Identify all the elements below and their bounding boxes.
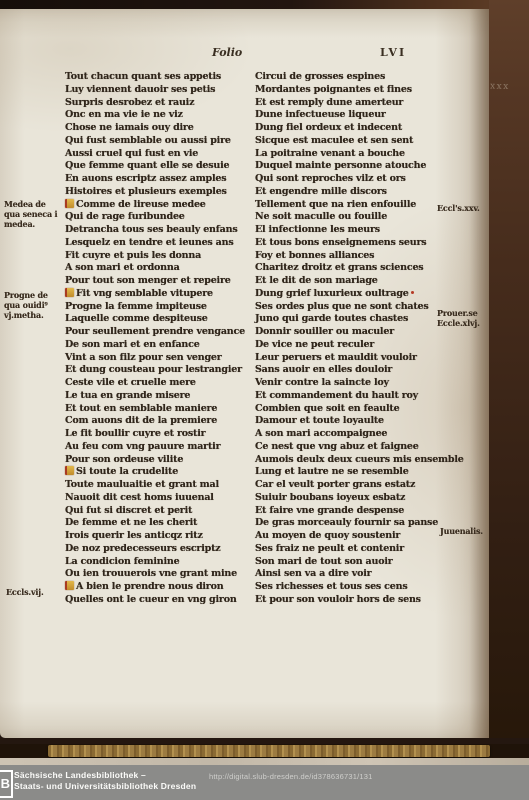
text-line: Et le dit de son mariage	[255, 275, 445, 288]
text-line: Vint a son filz pour sen venger	[65, 352, 249, 365]
text-line: Ne soit maculle ou fouille	[255, 211, 445, 224]
text-line: Dung fiel ordeux et indecent	[255, 122, 445, 135]
text-line: Laquelle comme despiteuse	[65, 313, 249, 326]
text-line: Dune infectueuse liqueur	[255, 109, 445, 122]
illuminated-paragraph-mark-icon	[65, 581, 74, 590]
text-line: De vice ne peut reculer	[255, 339, 445, 352]
text-line: Pour tout son menger et repeire	[65, 275, 249, 288]
text-line: Si toute la crudelite	[65, 466, 249, 479]
library-name-line2: Staats- und Universitätsbibliothek Dresd…	[14, 781, 196, 791]
text-line: Detrancha tous ses beauly enfans	[65, 224, 249, 237]
text-line: Et faire vne grande despense	[255, 505, 445, 518]
text-line: Ses ordes plus que ne sont chates	[255, 301, 445, 314]
text-line: Qui fut si discret et perit	[65, 505, 249, 518]
text-line: Juuenalis.	[440, 526, 500, 536]
text-line: Circui de grosses espines	[255, 71, 445, 84]
text-line: Fit cuyre et puis les donna	[65, 250, 249, 263]
text-line: Que femme quant elle se desuie	[65, 160, 249, 173]
text-line: Ses fraiz ne peult et contenir	[255, 543, 445, 556]
text-line: Au moyen de quoy soustenir	[255, 530, 445, 543]
manuscript-page: Folio LVI Tout chacun quant ses appetisL…	[0, 9, 489, 738]
margin-note-proverbs-ecclesiasticus: Prouer.seEccle.xlvj.	[437, 308, 497, 328]
text-line: Pour son ordeuse vilite	[65, 454, 249, 467]
book-bottom-edge	[0, 744, 529, 758]
folio-label: Folio	[212, 46, 242, 59]
text-line: qua ouidi⁹	[4, 300, 62, 310]
text-line: Le fit boullir cuyre et rostir	[65, 428, 249, 441]
text-line: Irois querir les anticqz ritz	[65, 530, 249, 543]
left-text-column: Tout chacun quant ses appetisLuy viennen…	[65, 71, 249, 607]
text-line: Eccl's.xxv.	[437, 203, 497, 213]
text-line: Medea de	[4, 199, 62, 209]
text-line: Et pour son vouloir hors de sens	[255, 594, 445, 607]
text-line: Ce nest que vng abuz et faignee	[255, 441, 445, 454]
margin-note-ecclesiastes-vij: Eccls.vij.	[6, 587, 64, 597]
text-line: Qui sont reproches vilz et ors	[255, 173, 445, 186]
text-line: Ses richesses et tous ses cens	[255, 581, 445, 594]
text-line: Et dung cousteau pour lestrangier	[65, 364, 249, 377]
margin-note-ecclesiasticus-xxv: Eccl's.xxv.	[437, 203, 497, 213]
text-line: Qui de rage furibundee	[65, 211, 249, 224]
book-fore-edge	[489, 0, 529, 758]
text-line: Eccls.vij.	[6, 587, 64, 597]
text-line: Le tua en grande misere	[65, 390, 249, 403]
text-line: Suiuir boubans ioyeux esbatz	[255, 492, 445, 505]
text-line: Nauoit dit cest homs iuuenal	[65, 492, 249, 505]
text-line: Au feu com vng pauure martir	[65, 441, 249, 454]
text-line: Ainsi sen va a dire voir	[255, 568, 445, 581]
text-line: Duquel mainte personne atouche	[255, 160, 445, 173]
text-line: A son mari accompaignee	[255, 428, 445, 441]
text-line: Luy viennent dauoir ses petis	[65, 84, 249, 97]
text-line: Histoires et plusieurs exemples	[65, 186, 249, 199]
text-line: Et tout en semblable maniere	[65, 403, 249, 416]
text-line: Et tous bons enseignemens seurs	[255, 237, 445, 250]
slub-logo: B	[0, 770, 13, 798]
text-line: Pour seullement prendre vengance	[65, 326, 249, 339]
margin-note-juvenal: Juuenalis.	[440, 526, 500, 536]
text-line: De noz predecesseurs escriptz	[65, 543, 249, 556]
text-line: Tellement que na rien enfouille	[255, 199, 445, 212]
text-line: A son mari et ordonna	[65, 262, 249, 275]
text-line: qua seneca i	[4, 209, 62, 219]
text-line: Et est remply dune amerteur	[255, 97, 445, 110]
text-line: Sans auoir en elles douloir	[255, 364, 445, 377]
text-line: Progne de	[4, 290, 62, 300]
text-line: Toute mauluaitie et grant mal	[65, 479, 249, 492]
text-line: Qui fust semblable ou aussi pire	[65, 135, 249, 148]
text-line: Sicque est maculee et sen sent	[255, 135, 445, 148]
digital-object-url: http://digital.slub-dresden.de/id3786367…	[209, 772, 373, 781]
text-line: Donnir souiller ou maculer	[255, 326, 445, 339]
text-line: Ceste vile et cruelle mere	[65, 377, 249, 390]
handwritten-edge-inscription: xxx	[490, 81, 528, 92]
text-line: Chose ne iamais ouy dire	[65, 122, 249, 135]
text-line: De son mari et en enfance	[65, 339, 249, 352]
text-line: La poitraine venant a bouche	[255, 148, 445, 161]
text-line: Com auons dit de la premiere	[65, 415, 249, 428]
margin-note-medea: Medea dequa seneca imedea.	[4, 199, 62, 229]
text-line: Lung et lautre ne se resemble	[255, 466, 445, 479]
text-line: De gras morceauly fournir sa panse	[255, 517, 445, 530]
book-top-edge	[0, 0, 529, 9]
text-line: La condicion feminine	[65, 556, 249, 569]
text-line: Juno qui garde toutes chastes	[255, 313, 445, 326]
folio-number: LVI	[380, 46, 406, 59]
text-line: Prouer.se	[437, 308, 497, 318]
text-line: El infectionne les meurs	[255, 224, 445, 237]
text-line: vj.metha.	[4, 310, 62, 320]
text-line: Et commandement du hault roy	[255, 390, 445, 403]
text-line: Mordantes poignantes et fines	[255, 84, 445, 97]
text-line: Charitez droitz et grans sciences	[255, 262, 445, 275]
text-line: Foy et bonnes alliances	[255, 250, 445, 263]
text-line: Tout chacun quant ses appetis	[65, 71, 249, 84]
text-line: Fit vng semblable vitupere	[65, 288, 249, 301]
illuminated-paragraph-mark-icon	[65, 466, 74, 475]
text-line: Car el veult porter grans estatz	[255, 479, 445, 492]
text-line: Comme de lireuse medee	[65, 199, 249, 212]
text-line: De femme et ne les cherit	[65, 517, 249, 530]
text-line: Progne la femme impiteuse	[65, 301, 249, 314]
red-ink-mark	[411, 291, 414, 294]
text-line: Onc en ma vie ie ne viz	[65, 109, 249, 122]
right-text-column: Circui de grosses espinesMordantes poign…	[255, 71, 445, 607]
gilded-page-edges	[48, 745, 490, 757]
text-line: Aumois deulx deux cueurs mis ensemble	[255, 454, 445, 467]
text-line: Ou ien trouuerois vne grant mine	[65, 568, 249, 581]
library-watermark-bar: B Sächsische Landesbibliothek – Staats- …	[0, 765, 529, 800]
text-line: Damour et toute loyaulte	[255, 415, 445, 428]
margin-note-progne: Progne dequa ouidi⁹vj.metha.	[4, 290, 62, 320]
illuminated-paragraph-mark-icon	[65, 199, 74, 208]
text-line: Venir contre la saincte loy	[255, 377, 445, 390]
library-name-line1: Sächsische Landesbibliothek –	[14, 770, 146, 780]
text-line: Dung grief luxurieux oultrage	[255, 288, 445, 301]
text-line: Et engendre mille discors	[255, 186, 445, 199]
text-line: Leur peruers et mauldit vouloir	[255, 352, 445, 365]
text-line: En auons escriptz assez amples	[65, 173, 249, 186]
text-line: Lesquelz en tendre et ieunes ans	[65, 237, 249, 250]
text-line: Aussi cruel qui fust en vie	[65, 148, 249, 161]
text-line: A bien le prendre nous diron	[65, 581, 249, 594]
scan-viewer-page: xxx Folio LVI Tout chacun quant ses appe…	[0, 0, 529, 800]
illuminated-paragraph-mark-icon	[65, 288, 74, 297]
text-line: Son mari de tout son auoir	[255, 556, 445, 569]
text-line: Eccle.xlvj.	[437, 318, 497, 328]
text-line: medea.	[4, 219, 62, 229]
text-line: Surpris desrobez et rauiz	[65, 97, 249, 110]
text-line: Combien que soit en feaulte	[255, 403, 445, 416]
text-line: Quelles ont le cueur en vng giron	[65, 594, 249, 607]
